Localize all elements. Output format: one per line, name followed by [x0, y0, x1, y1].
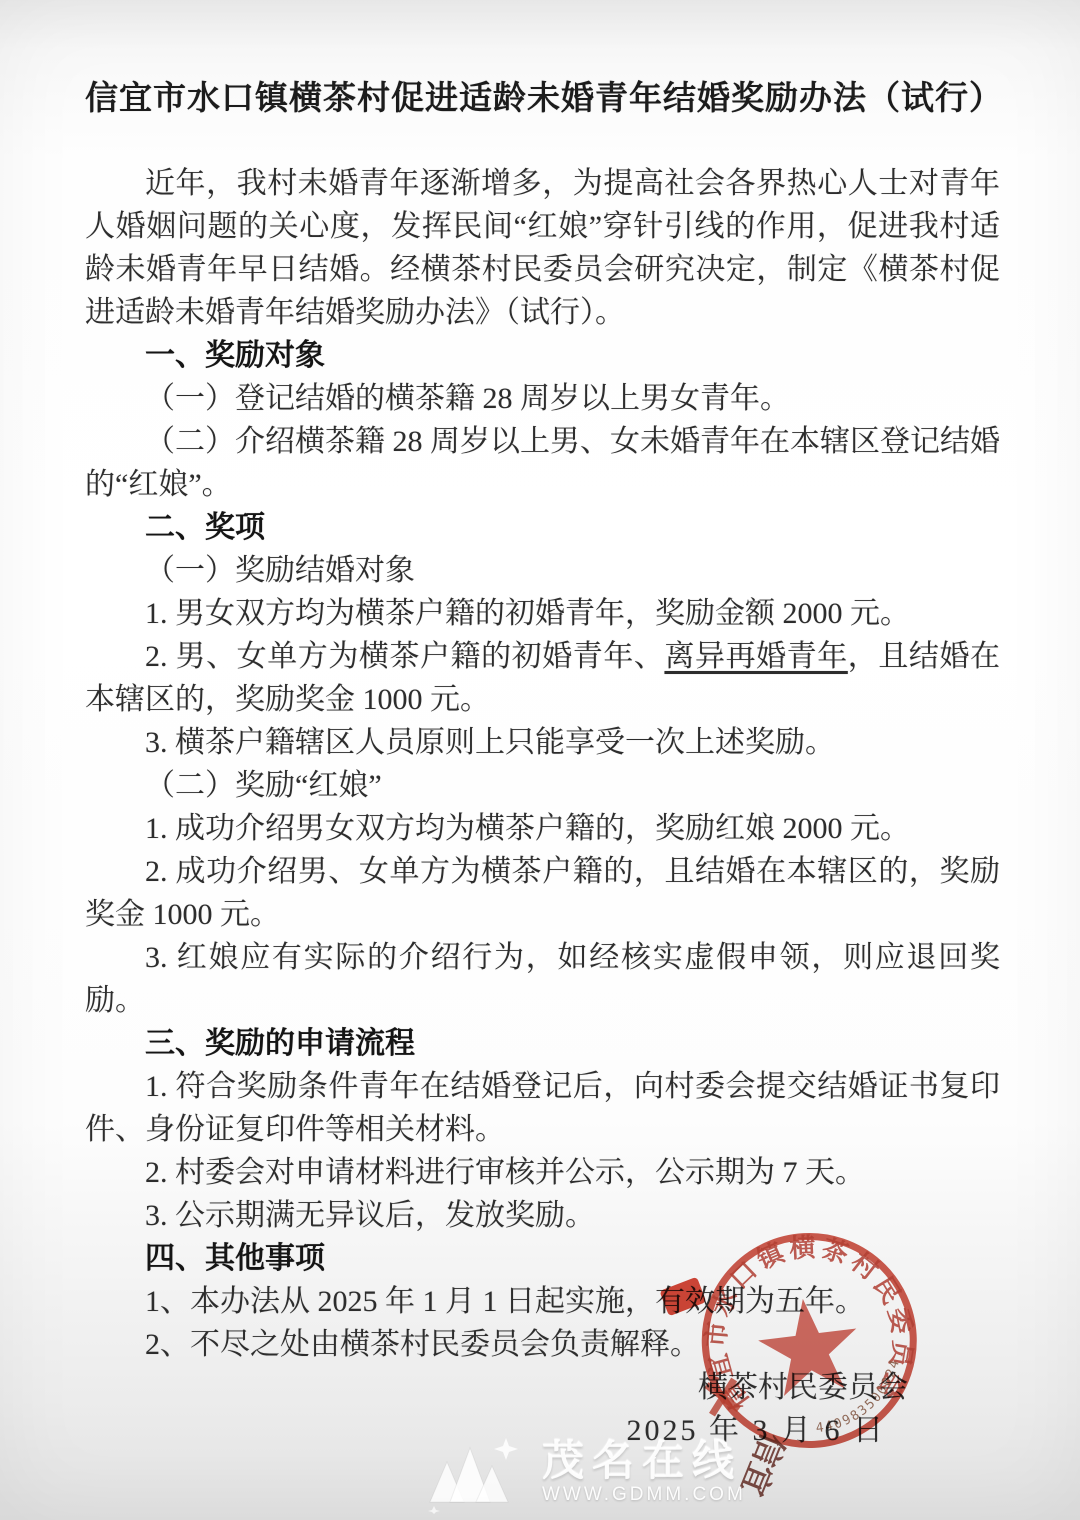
watermark-site-name: 茂名在线 [542, 1439, 746, 1483]
watermark-site-url: WWW.GDMM.COM [542, 1483, 746, 1507]
intro-paragraph: 近年，我村未婚青年逐渐增多，为提高社会各界热心人士对青年人婚姻问题的关心度，发挥… [85, 162, 1000, 334]
matchmaker-item-2: 2. 成功介绍男、女单方为横茶户籍的，且结婚在本辖区的，奖励奖金 1000 元。 [85, 850, 1000, 936]
site-watermark: 茂名在线 WWW.GDMM.COM [428, 1432, 746, 1514]
section-3-item-1: 1. 符合奖励条件青年在结婚登记后，向村委会提交结婚证书复印件、身份证复印件等相… [85, 1065, 1000, 1151]
section-2-heading: 二、奖项 [85, 506, 1000, 549]
section-2-item-3: 3. 横茶户籍辖区人员原则上只能享受一次上述奖励。 [85, 721, 1000, 764]
seal-star-icon [754, 1293, 864, 1398]
matchmaker-item-3: 3. 红娘应有实际的介绍行为，如经核实虚假申领，则应退回奖励。 [85, 936, 1000, 1022]
section-2-item-1: 1. 男女双方均为横茶户籍的初婚青年，奖励金额 2000 元。 [85, 592, 1000, 635]
watermark-logo-icon [428, 1432, 528, 1514]
section-2-sub-2: （二）奖励“红娘” [85, 764, 1000, 807]
watermark-text-block: 茂名在线 WWW.GDMM.COM [542, 1439, 746, 1507]
document-title: 信宜市水口镇横茶村促进适龄未婚青年结婚奖励办法（试行） [85, 78, 1000, 118]
section-1-item-1: （一）登记结婚的横茶籍 28 周岁以上男女青年。 [85, 377, 1000, 420]
matchmaker-item-1: 1. 成功介绍男女双方均为横茶户籍的，奖励红娘 2000 元。 [85, 807, 1000, 850]
section-2-sub-1: （一）奖励结婚对象 [85, 549, 1000, 592]
seal-ink-blob [659, 1277, 706, 1317]
section-1-item-2: （二）介绍横茶籍 28 周岁以上男、女未婚青年在本辖区登记结婚的“红娘”。 [85, 420, 1000, 506]
section-3-item-2: 2. 村委会对申请材料进行审核并公示，公示期为 7 天。 [85, 1151, 1000, 1194]
item-2-pre: 2. 男、女单方为横茶户籍的初婚青年、 [145, 640, 664, 673]
section-3-heading: 三、奖励的申请流程 [85, 1022, 1000, 1065]
item-2-underlined-text: 离异再婚青年 [664, 640, 847, 673]
section-1-heading: 一、奖励对象 [85, 334, 1000, 377]
section-2-item-2: 2. 男、女单方为横茶户籍的初婚青年、离异再婚青年，且结婚在本辖区的，奖励奖金 … [85, 635, 1000, 721]
